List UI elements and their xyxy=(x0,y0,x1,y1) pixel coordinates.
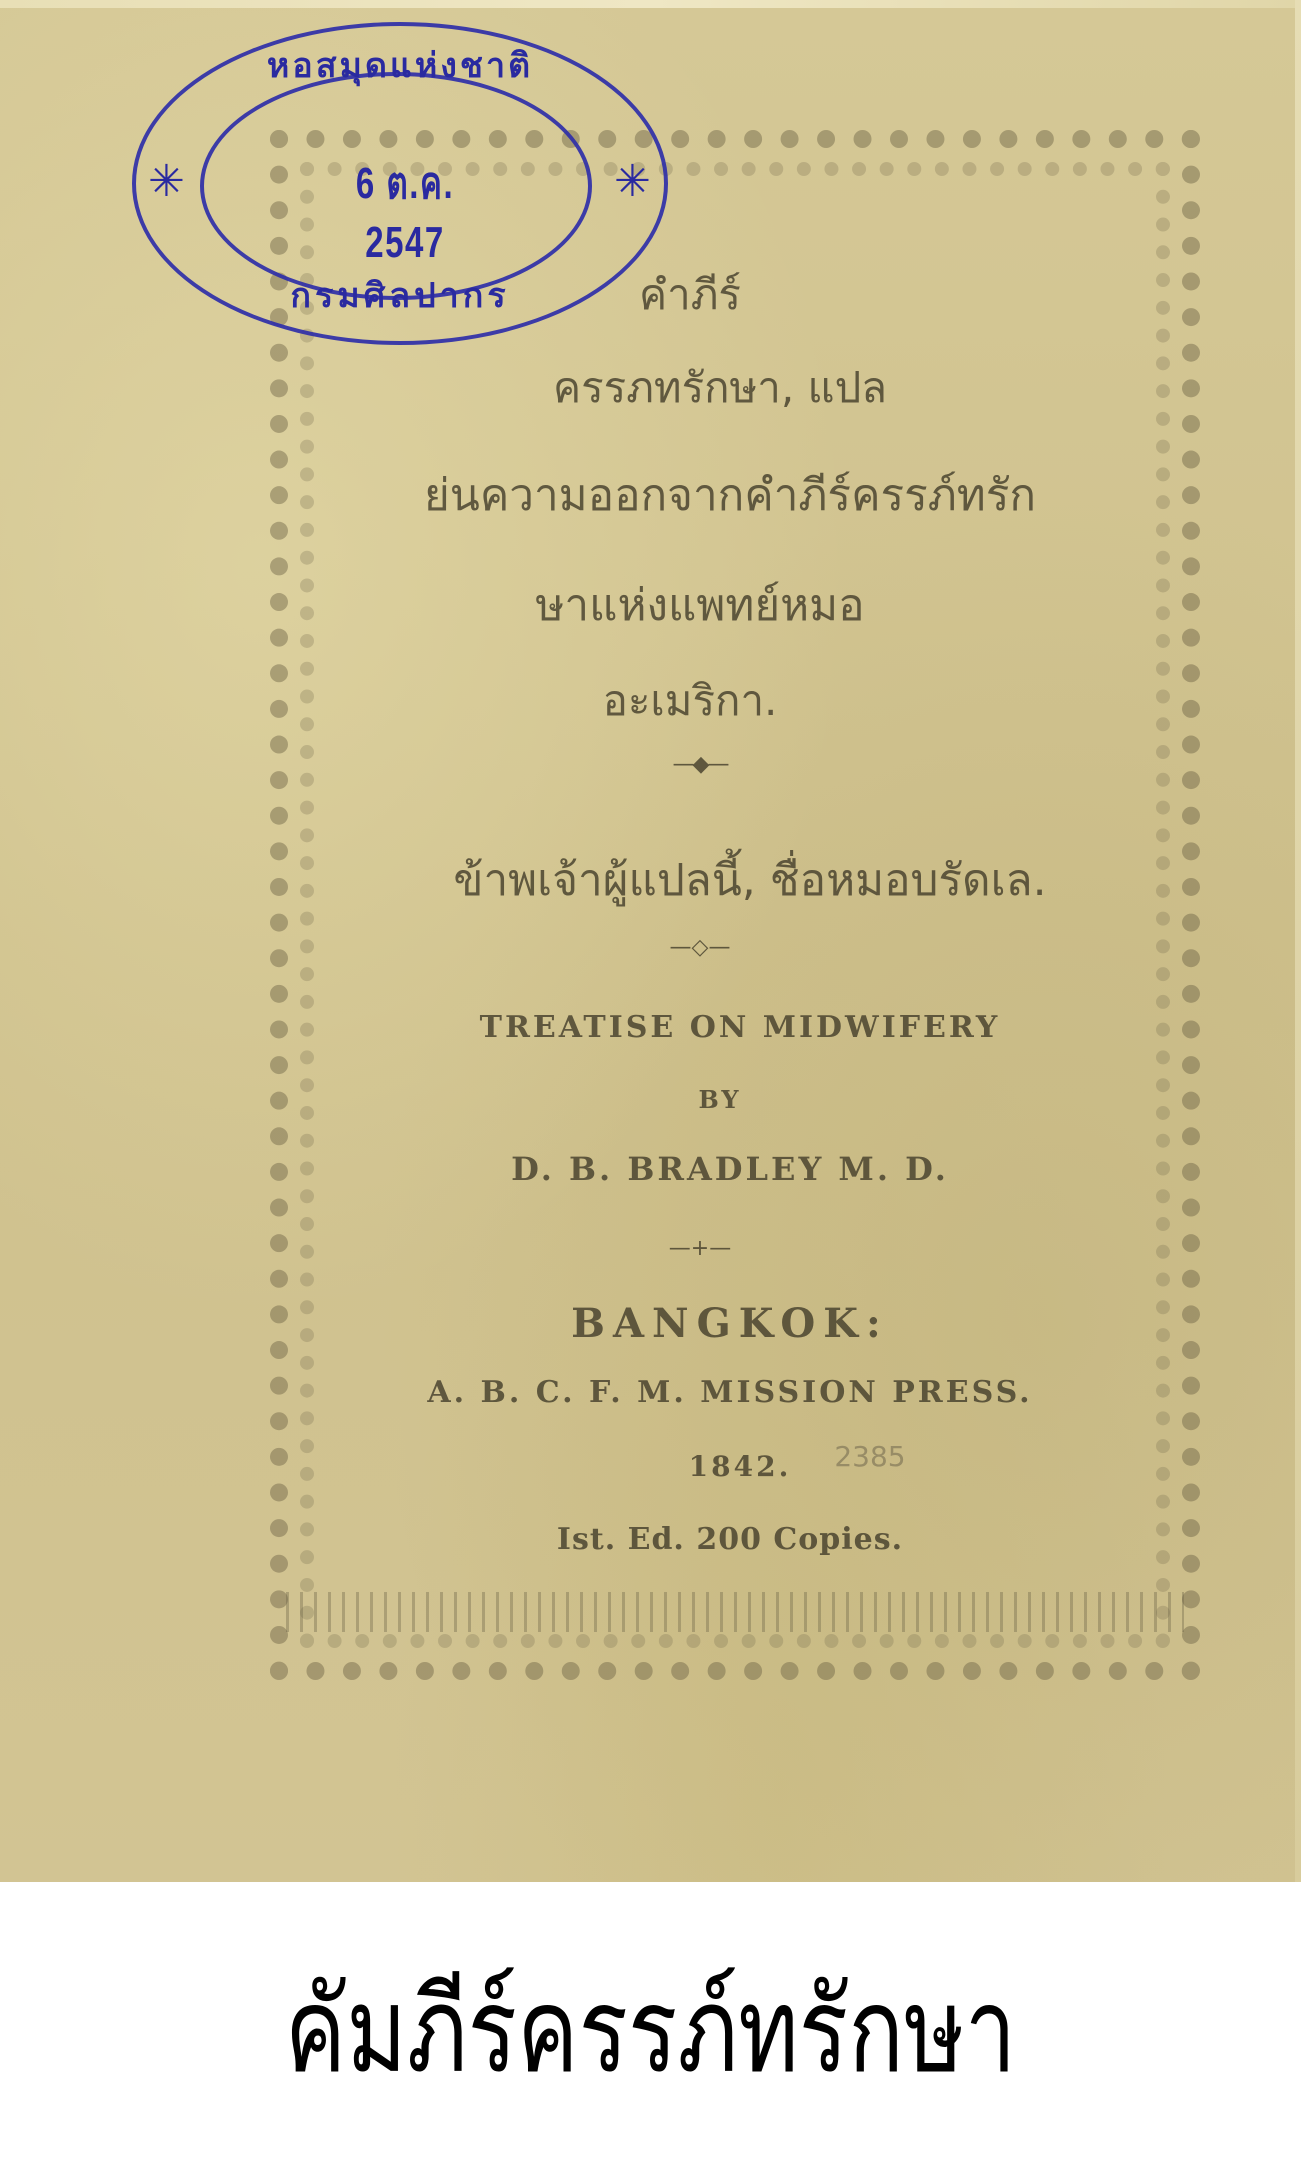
english-author: D. B. BRADLEY M. D. xyxy=(440,1150,1020,1188)
thai-title-line-5: อะเมริกา. xyxy=(540,668,840,734)
thai-title-line-1: คำภีร์ xyxy=(560,262,820,328)
english-publisher: A. B. C. F. M. MISSION PRESS. xyxy=(340,1375,1120,1410)
english-place: BANGKOK: xyxy=(520,1300,940,1347)
thai-title-line-3: ย่นความออกจากคำภีร์ครรภ์ทรัก xyxy=(380,460,1080,530)
ornamental-border-bottom-band xyxy=(286,1592,1184,1632)
english-edition: Ist. Ed. 200 Copies. xyxy=(500,1522,960,1557)
stamp-star-icon: ✳ xyxy=(614,160,651,204)
stamp-star-icon: ✳ xyxy=(148,160,185,204)
ornament-divider-icon: —+— xyxy=(640,1236,760,1261)
ornament-divider-icon: —◇— xyxy=(640,935,760,960)
caption-title: คัมภีร์ครรภ์ทรักษา xyxy=(143,1960,1158,2102)
handwritten-note: 2385 xyxy=(810,1440,930,1473)
ornament-divider-icon: —◆— xyxy=(640,752,760,777)
stamp-top-text: หอสมุดแห่งชาติ xyxy=(200,38,600,92)
thai-title-line-4: ษาแห่งแพทย์หมอ xyxy=(440,570,960,640)
thai-title-line-2: ครรภทรักษา, แปล xyxy=(470,355,970,421)
book-title-page-photo: หอสมุดแห่งชาติ 6 ต.ค. 2547 กรมศิลปากร ✳ … xyxy=(0,0,1301,1882)
english-by: BY xyxy=(660,1085,780,1114)
english-title: TREATISE ON MIDWIFERY xyxy=(380,1010,1100,1045)
stamp-bottom-text: กรมศิลปากร xyxy=(230,268,570,322)
thai-translator-line: ข้าพเจ้าผู้แปลนี้, ชื่อหมอบรัดเล. xyxy=(360,845,1140,915)
stamp-date: 6 ต.ค. 2547 xyxy=(319,148,492,268)
